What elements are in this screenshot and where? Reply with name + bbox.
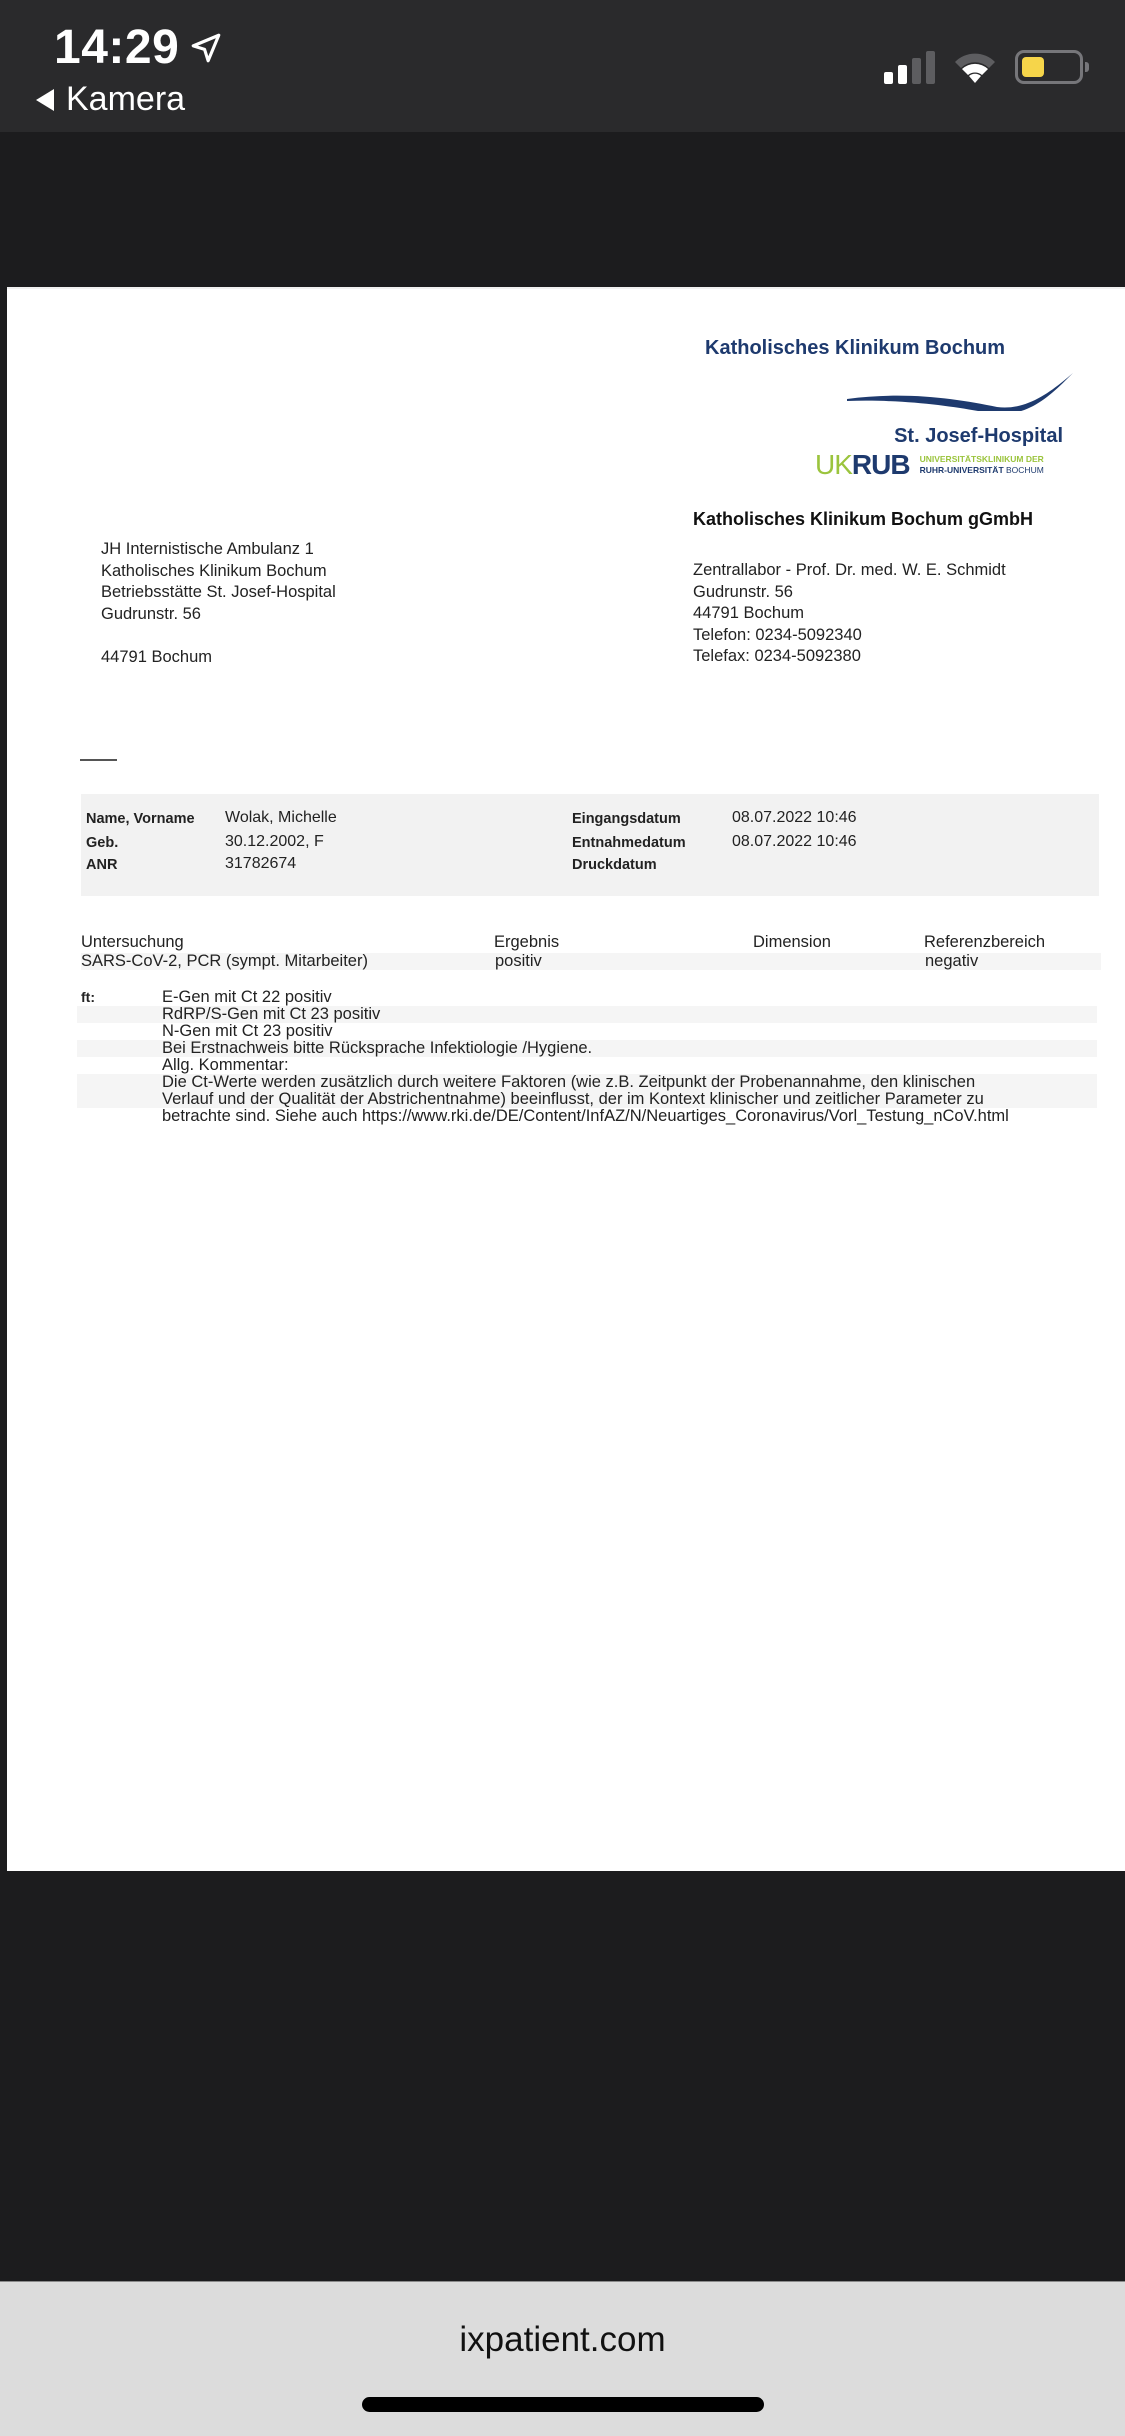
test-result: positiv [495,952,542,971]
logo-line-1: Katholisches Klinikum Bochum [705,337,1005,360]
logo-subtitle: UNIVERSITÄTSKLINIKUM DER RUHR-UNIVERSITÄ… [920,454,1044,476]
back-label: Kamera [66,80,185,119]
status-bar: 14:29 Kamera [0,0,1125,132]
anr-value: 31782674 [225,855,296,873]
col-header-reference: Referenzbereich [924,933,1045,952]
recipient-address: JH Internistische Ambulanz 1 Katholische… [101,539,336,668]
battery-level [1022,57,1044,77]
time-text: 14:29 [54,20,179,75]
sampled-label: Entnahmedatum [572,835,686,850]
logo-uk: UK [815,449,852,480]
ukrub-logo: UKRUB UNIVERSITÄTSKLINIKUM DER RUHR-UNIV… [815,449,1044,481]
battery-icon [1015,50,1083,84]
received-value: 08.07.2022 10:46 [732,809,857,827]
home-indicator[interactable] [362,2397,764,2412]
dob-label: Geb. [86,835,118,850]
col-header-test: Untersuchung [81,933,184,952]
url-text[interactable]: ixpatient.com [0,2320,1125,2360]
name-label: Name, Vorname [86,811,195,827]
received-label: Eingangsdatum [572,811,681,827]
location-arrow-icon [189,31,223,65]
comment-label: ft: [81,989,95,1005]
back-triangle-icon [36,89,54,111]
clock: 14:29 [54,20,223,75]
comment-line-link: betrachte sind. Siehe auch https://www.r… [162,1107,1009,1126]
back-to-app-button[interactable]: Kamera [36,80,185,119]
test-reference: negativ [925,952,978,971]
status-icons [884,50,1083,84]
logo-rub: RUB [852,449,910,480]
logo-line-2: St. Josef-Hospital [894,425,1063,448]
divider-line [80,759,117,761]
cellular-signal-icon [884,50,935,84]
sender-address: Zentrallabor - Prof. Dr. med. W. E. Schm… [693,560,1006,668]
print-label: Druckdatum [572,857,657,873]
dob-value: 30.12.2002, F [225,833,324,849]
hospital-logo: Katholisches Klinikum Bochum St. Josef-H… [697,337,1077,487]
sender-title: Katholisches Klinikum Bochum gGmbH [693,509,1033,530]
sampled-value: 08.07.2022 10:46 [732,833,857,849]
col-header-dimension: Dimension [753,933,831,952]
name-value: Wolak, Michelle [225,809,337,827]
browser-url-bar[interactable]: ixpatient.com [0,2281,1125,2436]
lab-report-page: Katholisches Klinikum Bochum St. Josef-H… [7,287,1125,1871]
test-name: SARS-CoV-2, PCR (sympt. Mitarbeiter) [81,952,368,971]
col-header-result: Ergebnis [494,933,559,952]
anr-label: ANR [86,857,117,873]
wifi-icon [953,50,997,84]
